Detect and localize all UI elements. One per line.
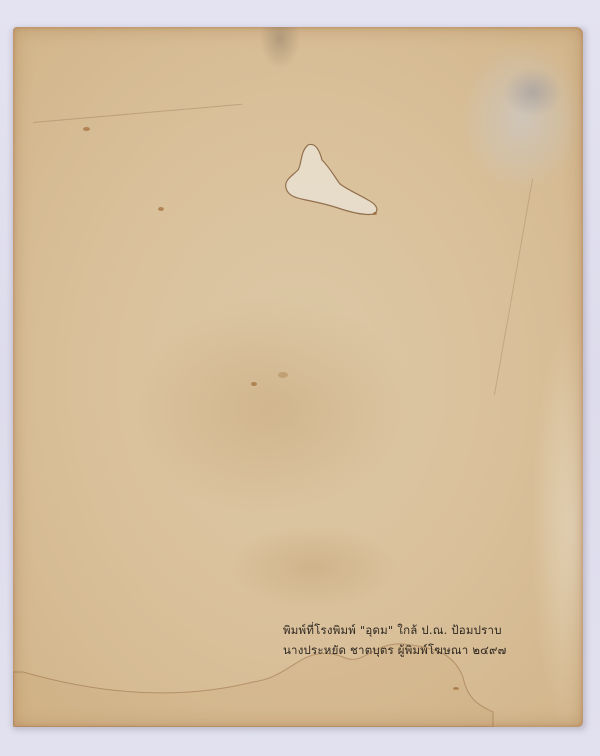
water-stain-icon: [278, 140, 383, 225]
imprint-line-1: พิมพ์ที่โรงพิมพ์ "อุดม" ใกล้ ป.ณ. ป้อมปร…: [283, 620, 573, 640]
foxing-spot: [373, 212, 377, 215]
foxing-spot: [158, 207, 164, 211]
foxing-spot: [453, 687, 459, 690]
corner-discoloration: [503, 67, 563, 117]
foxing-spot: [83, 127, 90, 131]
printer-imprint: พิมพ์ที่โรงพิมพ์ "อุดม" ใกล้ ป.ณ. ป้อมปร…: [283, 620, 573, 660]
foxing-spot: [251, 382, 257, 386]
paper-crease: [33, 104, 242, 123]
top-stain: [261, 27, 299, 67]
photo-scene: พิมพ์ที่โรงพิมพ์ "อุดม" ใกล้ ป.ณ. ป้อมปร…: [0, 0, 600, 756]
imprint-line-2: นางประหยัด ชาตบุตร ผู้พิมพ์โฆษณา ๒๔๙๗: [283, 640, 573, 660]
book-back-cover: พิมพ์ที่โรงพิมพ์ "อุดม" ใกล้ ป.ณ. ป้อมปร…: [13, 27, 583, 727]
paper-crease-right: [494, 179, 533, 396]
foxing-spot: [278, 372, 288, 378]
